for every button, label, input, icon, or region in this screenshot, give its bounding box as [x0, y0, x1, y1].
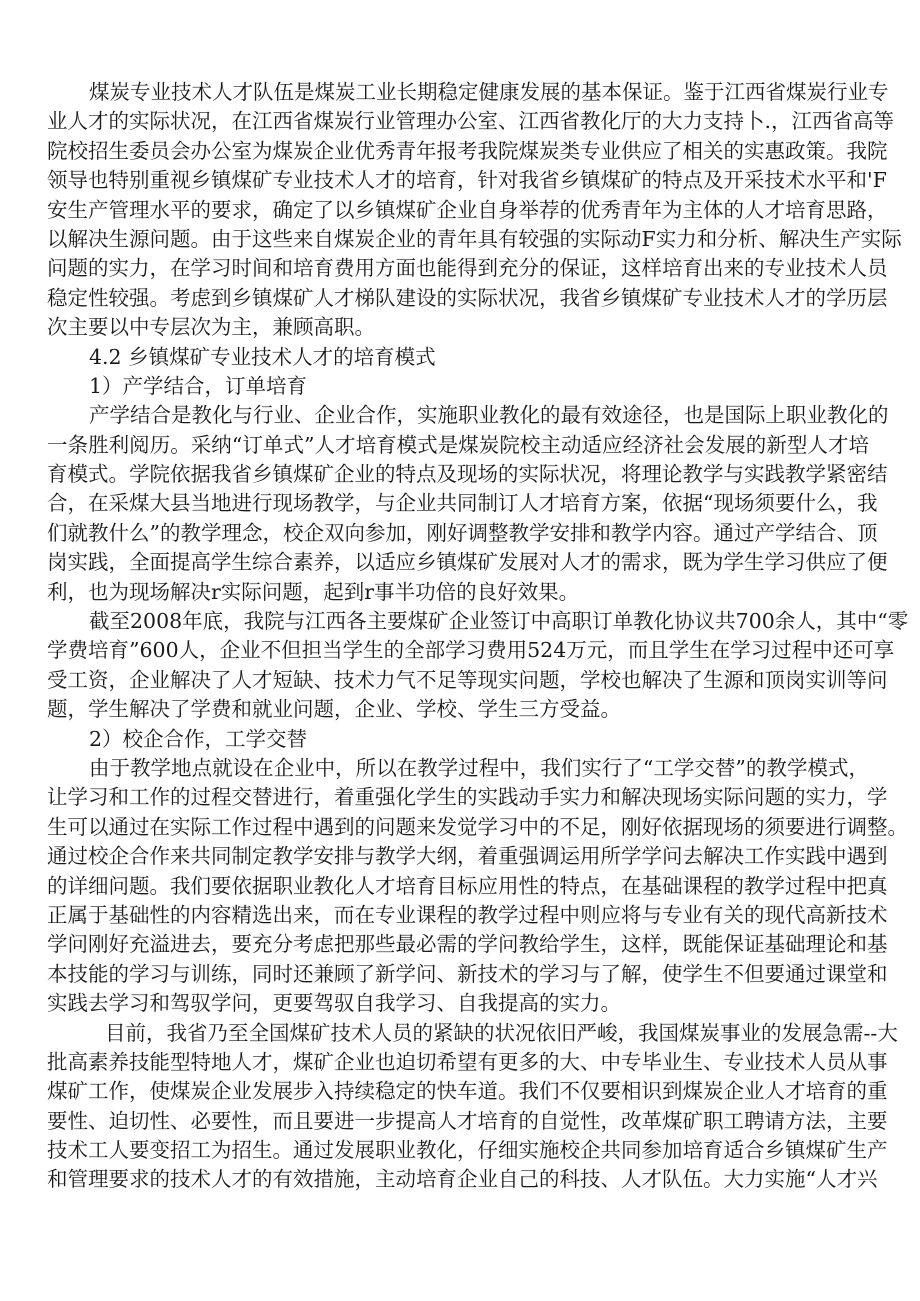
text-line: 们就教什么”的教学理念，校企双向参加，刚好调整教学安排和教学内容。通过产学结合、…: [47, 519, 869, 548]
text-line: 安生产管理水平的要求，确定了以乡镇煤矿企业自身举荐的优秀青年为主体的人才培育思路…: [47, 196, 869, 225]
text-line: 实践去学习和驾驭学问，更要驾驭自我学习、自我提高的实力。: [47, 989, 869, 1018]
text-line: 煤炭专业技术人才队伍是煤炭工业长期稳定健康发展的基本保证。鉴于江西省煤炭行业专: [47, 78, 869, 107]
text-line: 学问刚好充溢进去，要充分考虑把那些最必需的学问教给学生，这样，既能保证基础理论和…: [47, 930, 869, 959]
text-line: 业人才的实际状况，在江西省煤炭行业管理办公室、江西省教化厅的大力支持卜.，江西省…: [47, 107, 869, 136]
text-line: 通过校企合作来共同制定教学安排与教学大纲，着重强调运用所学学问去解决工作实践中遇…: [47, 842, 869, 871]
text-line: 技术工人要变招工为招生。通过发展职业教化，仔细实施校企共同参加培育适合乡镇煤矿生…: [47, 1136, 869, 1165]
text-line: 受工资，企业解决了人才短缺、技术力气不足等现实问题，学校也解决了生源和顶岗实训等…: [47, 666, 869, 695]
paragraph-talent-guarantee: 煤炭专业技术人才队伍是煤炭工业长期稳定健康发展的基本保证。鉴于江西省煤炭行业专 …: [47, 78, 869, 343]
text-line: 生可以通过在实际工作过程中遇到的问题来发觉学习中的不足，刚好依据现场的须要进行调…: [47, 813, 869, 842]
text-line: 正属于基础性的内容精选出来，而在专业课程的教学过程中则应将与专业有关的现代高新技…: [47, 901, 869, 930]
text-line: 次主要以中专层次为主，兼顾高职。: [47, 313, 869, 342]
text-line: 目前，我省乃至全国煤矿技术人员的紧缺的状况依旧严峻，我国煤炭事业的发展急需--大: [47, 1019, 869, 1048]
text-line: 煤矿工作，使煤炭企业发展步入持续稳定的快车道。我们不仅要相识到煤炭企业人才培育的…: [47, 1077, 869, 1106]
text-line: 合，在采煤大县当地进行现场教学，与企业共同制订人才培育方案，依据“现场须要什么，…: [47, 489, 869, 518]
paragraph-2008-statistics: 截至2008年底，我院与江西各主要煤矿企业签订中高职订单教化协议共700余人，其…: [47, 607, 869, 725]
subsection-heading: 2）校企合作，工学交替: [47, 725, 869, 754]
paragraph-order-training: 产学结合是教化与行业、企业合作，实施职业教化的最有效途径，也是国际上职业教化的 …: [47, 401, 869, 607]
section-heading: 4.2 乡镇煤矿专业技术人才的培育模式: [47, 343, 869, 372]
text-line: 一条胜利阅历。采纳“订单式”人才培育模式是煤炭院校主动适应经济社会发展的新型人才…: [47, 431, 869, 460]
text-line: 的详细问题。我们要依据职业教化人才培育目标应用性的特点，在基础课程的教学过程中把…: [47, 872, 869, 901]
text-line: 截至2008年底，我院与江西各主要煤矿企业签订中高职订单教化协议共700余人，其…: [47, 607, 869, 636]
text-line: 批高素养技能型特地人才，煤矿企业也迫切希望有更多的大、中专毕业生、专业技术人员从…: [47, 1048, 869, 1077]
text-line: 学费培育”600人，企业不但担当学生的全部学习费用524万元，而且学生在学习过程…: [47, 636, 869, 665]
text-line: 问题的实力，在学习时间和培育费用方面也能得到充分的保证，这样培育出来的专业技术人…: [47, 254, 869, 283]
text-line: 产学结合是教化与行业、企业合作，实施职业教化的最有效途径，也是国际上职业教化的: [47, 401, 869, 430]
text-line: 利，也为现场解决r实际问题，起到r事半功倍的良好效果。: [47, 578, 869, 607]
text-line: 和管理要求的技术人才的有效措施，主动培育企业自己的科技、人才队伍。大力实施“人才…: [47, 1165, 869, 1194]
text-line: 以解决生源问题。由于这些来自煤炭企业的青年具有较强的实际动F实力和分析、解决生产…: [47, 225, 869, 254]
text-line: 领导也特别重视乡镇煤矿专业技术人才的培育，针对我省乡镇煤矿的特点及开采技术水平和…: [47, 166, 869, 195]
text-line: 岗实践，全面提高学生综合素养，以适应乡镇煤矿发展对人才的需求，既为学生学习供应了…: [47, 548, 869, 577]
paragraph-current-situation: 目前，我省乃至全国煤矿技术人员的紧缺的状况依旧严峻，我国煤炭事业的发展急需--大…: [47, 1019, 869, 1195]
paragraph-work-study: 由于教学地点就设在企业中，所以在教学过程中，我们实行了“工学交替”的教学模式， …: [47, 754, 869, 1019]
text-line: 稳定性较强。考虑到乡镇煤矿人才梯队建设的实际状况，我省乡镇煤矿专业技术人才的学历…: [47, 284, 869, 313]
text-line: 育模式。学院依据我省乡镇煤矿企业的特点及现场的实际状况，将理论教学与实践教学紧密…: [47, 460, 869, 489]
text-line: 院校招生委员会办公室为煤炭企业优秀青年报考我院煤炭类专业供应了相关的实惠政策。我…: [47, 137, 869, 166]
text-line: 要性、迫切性、必要性，而且要进一步提高人才培育的自觉性，改革煤矿职工聘请方法，主…: [47, 1107, 869, 1136]
text-line: 本技能的学习与训练，同时还兼顾了新学问、新技术的学习与了解，使学生不但要通过课堂…: [47, 960, 869, 989]
text-line: 让学习和工作的过程交替进行，着重强化学生的实践动手实力和解决现场实际问题的实力，…: [47, 783, 869, 812]
subsection-heading: 1）产学结合，订单培育: [47, 372, 869, 401]
text-line: 由于教学地点就设在企业中，所以在教学过程中，我们实行了“工学交替”的教学模式，: [47, 754, 869, 783]
text-line: 题，学生解决了学费和就业问题，企业、学校、学生三方受益。: [47, 695, 869, 724]
document-page: 煤炭专业技术人才队伍是煤炭工业长期稳定健康发展的基本保证。鉴于江西省煤炭行业专 …: [47, 78, 869, 1195]
